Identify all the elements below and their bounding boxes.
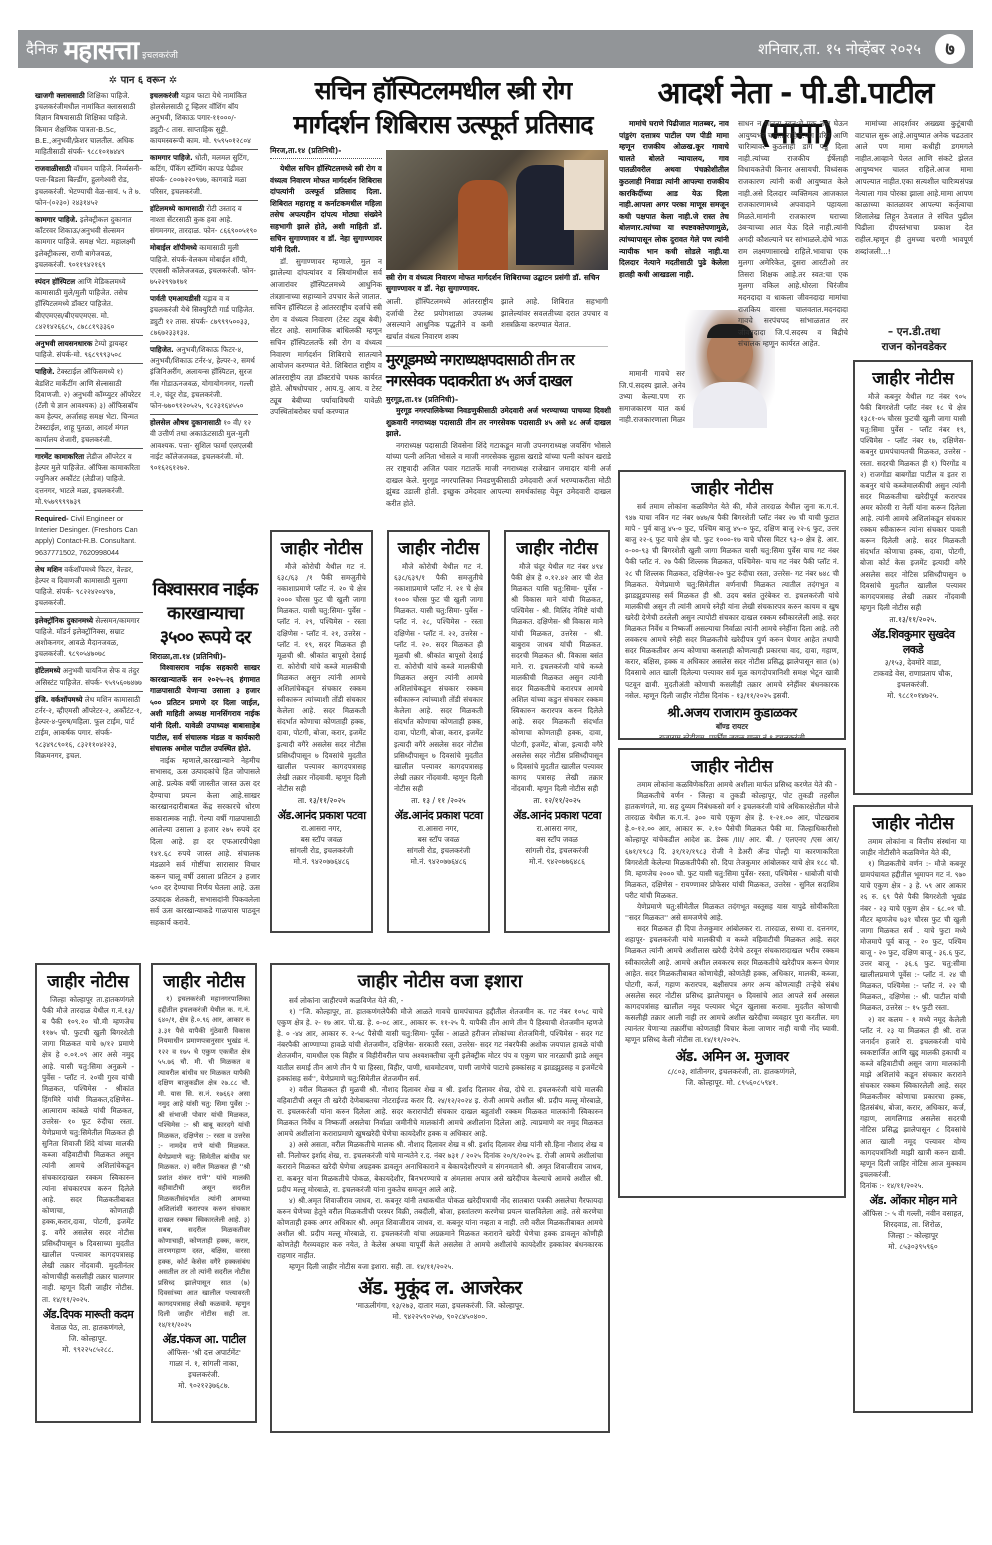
address-line: बस स्टॉप जवळ xyxy=(277,834,366,845)
classified-ad: कामगार पाहिजे. इलेक्ट्रीकल दुकानात कॉंटर… xyxy=(35,212,143,274)
notice-intro: तमाम लोकांना व वित्तीय संस्थांना या जाही… xyxy=(860,836,966,858)
notice-pankaj: जाहीर नोटीस १) इचलकरंजी महानगरपालिका हद्… xyxy=(151,963,257,1423)
classified-ad-lead: कामगार पाहिजे. xyxy=(35,215,78,224)
notice-signatory: ॲड. अमिन अ. मुजावर xyxy=(625,1047,839,1066)
classified-ad-lead: हॉटेलमध्ये कामासाठी xyxy=(150,204,204,213)
notice-text: सर्व तमाम लोकांना कळविणेत येते की, मौजे … xyxy=(625,501,839,701)
notice-mujawar: जाहीर नोटीस तमाम लोकांना कळविणेकरिता आमच… xyxy=(618,748,846,1198)
page-number: ७ xyxy=(935,34,965,64)
article-patil-col-1-bold: मामांचे घराणे पिढीजात मातब्बर, नाव पांडु… xyxy=(619,118,729,280)
headline-line-1: सचिन हॉस्पिटलमधील स्त्री रोग xyxy=(268,74,618,108)
notice-signatory: श्री.अजय राजाराम कुडाळकर xyxy=(625,703,839,721)
masthead-brand: महासत्ता xyxy=(64,31,138,67)
article-naik: विश्वासराव नाईक कारखान्याचा ३५०० रूपये द… xyxy=(150,578,260,929)
classified-ad: पाहिजे. टेक्स्टाईल ऑफिसमध्ये १) बेडशिट म… xyxy=(35,364,143,448)
classified-ad-lead: होलसेल औषध दुकानासाठी xyxy=(150,418,221,427)
article-sachin-dateline: मिरज,ता.१४ (प्रतिनिधी)- xyxy=(270,146,382,156)
notice-signatory: ॲड.आनंद प्रकाश पटवा xyxy=(511,808,603,823)
notice-title: जाहीर नोटीस xyxy=(394,536,483,559)
notice-text: जिल्हा कोल्हापूर ता.हातकणंगले पैकी मौजे … xyxy=(42,994,134,1305)
classified-ad: इंजि. वर्कशॉपमध्ये लेथ मशिन कामासाठी टर्… xyxy=(35,692,143,764)
portrait-shirt xyxy=(693,382,767,428)
classified-ad-text: लेथ मशिन कामासाठी टर्नर-२, व्हीएमसी ऑपरे… xyxy=(35,695,142,760)
address-line: रा.आसरा नगर, xyxy=(511,823,603,834)
classifieds-column-2: इचलकरंजी यड्राव फाटा येथे नामांकित होलसे… xyxy=(150,88,258,476)
article-patil-col-2: साधन न मानता स्वत:चे एक तत्व घेऊन आयुष्य… xyxy=(738,118,848,350)
photo-shrine xyxy=(564,160,604,230)
notice-para-2: २) वर कलम - १ मध्ये नमूद केलेली प्लॉट नं… xyxy=(860,1014,966,1180)
article-sachin-headline: सचिन हॉस्पिटलमधील स्त्री रोग मार्गदर्शन … xyxy=(268,74,618,142)
article-murgud-body: नगराध्यक्ष पदासाठी शिवसेना शिंदे गटाकडून… xyxy=(386,440,611,510)
classified-ad: लेथ मशिन वर्कशॉपमध्ये फिटर, वेल्डर, हेल्… xyxy=(35,562,143,613)
notice-role: बॉण्ड रायटर xyxy=(625,721,839,732)
address-line: बस स्टॉप जवळ xyxy=(394,834,483,845)
masthead-dainik: दैनिक xyxy=(26,39,58,59)
classified-ad-lead: इचलकरंजी xyxy=(150,91,179,100)
divider xyxy=(386,346,608,347)
article-sachin-body: डॉ. सुगाण्णावर म्हणाले, मुल न झालेल्या द… xyxy=(270,256,382,418)
article-sachin-text-a: आली. हॉस्पिटलमध्ये आंतरराष्ट्रीय दर्जाची… xyxy=(386,296,493,342)
address-line: 'माऊलीगंगा, १३/२७३, दातार मळा, इचलकरंजी.… xyxy=(277,1300,603,1311)
notice-text: १) इचलकरंजी महानगरपालिका हद्दीतील इचलकरं… xyxy=(158,994,250,1330)
address-line: रा.आसरा नगर, xyxy=(277,823,366,834)
address-line: राजाराम स्टेडीयम, पार्कींग जवळ गाळा नं.९… xyxy=(625,732,839,740)
classified-ad: खाजगी क्लाससाठी शिक्षिका पाहिजे. इचलकरंज… xyxy=(35,88,143,161)
article-sachin-continued: आली. हॉस्पिटलमध्ये आंतरराष्ट्रीय दर्जाची… xyxy=(386,296,608,342)
classified-ad: हॉटेलमध्ये अनुभवी चायनिज सेफ व तंदुर असि… xyxy=(35,663,143,691)
classified-ad-text: टेक्स्टाईल ऑफिसमध्ये १) बेडशिट मार्केटीं… xyxy=(35,367,141,443)
notice-title: जाहीर नोटीस xyxy=(277,536,366,559)
classified-ad: पाहिजेत. अनुभवी/शिकाऊ फिटर-४, अनुभवी/शिक… xyxy=(150,342,258,415)
address-line: इचलकरंजी. xyxy=(158,1369,250,1380)
notice-date: ता. १३ / ११ /२०२५ xyxy=(394,796,483,806)
address-line: ऑफिस- 'श्री दत्त अपार्टमेंट' xyxy=(158,1347,250,1358)
notice-lakde: जाहीर नोटीस मौजे कबनुर येथील गट नंबर ९०५… xyxy=(853,360,973,795)
notice-address: रा.आसरा नगर,बस स्टॉप जवळसांगली रोड, इचलक… xyxy=(394,823,483,867)
notice-para-1: १) ''जि. कोल्हापूर, ता. हातकणंगलेपैकी मौ… xyxy=(277,1006,603,1084)
article-patil-col-3: मामांच्या आदर्शावर अख्ख्या कुटूंबाची वाट… xyxy=(855,118,973,257)
address-line: मो.नं. ९४२०७७६४८६ xyxy=(394,856,483,867)
address-line: मो. ९८८१०१४७२५. xyxy=(860,690,966,701)
classified-ad: इचलकरंजी यड्राव फाटा येथे नामांकित होलसे… xyxy=(150,88,258,150)
article-naik-headline: विश्वासराव नाईक कारखान्याचा ३५०० रूपये द… xyxy=(150,578,260,650)
address-line: सांगली रोड, इचलकरंजी xyxy=(511,845,603,856)
notice-address: ऑफिस- 'श्री दत्त अपार्टमेंट'गाळा नं. १, … xyxy=(158,1347,250,1391)
address-line: ऑफिस :- ५ वी गल्ली, नवीन वसाहत, शिरदवाड,… xyxy=(860,1208,966,1230)
address-line: सांगली रोड, इचलकरंजी xyxy=(277,845,366,856)
notice-title: जाहीर नोटीस वजा इशारा xyxy=(277,969,603,993)
article-murgud-dateline: मुरगूड,ता.१४ (प्रतिनिधी)- xyxy=(386,395,611,405)
classified-ad-lead: गारमेंट कामाकरिता xyxy=(35,452,84,461)
notice-text: मौजे कोरोची येथील गट नं. ६३८/६३ /१ पैकी … xyxy=(277,561,366,794)
notice-para-3: ३) असे असता, वरील मिळकतीचे मालक श्री. नौ… xyxy=(277,1139,603,1194)
notice-title: जाहीर नोटीस xyxy=(860,811,966,834)
classified-ad: राजवाळीसाठी वॉचमन पाहिजे. निर्व्यसनी-पत्… xyxy=(35,161,143,212)
notice-address: ८/८०३, शांतीनगर, इचलकरंजी, ता. हातकणंगले… xyxy=(625,1066,839,1088)
notice-intro: सर्व लोकांना जाहीरपणे कळविणेत येते की, - xyxy=(277,995,603,1006)
article-sachin-body-col: मिरज,ता.१४ (प्रतिनिधी)- येथील सचिन हॉस्प… xyxy=(270,146,382,418)
signature-line-2: राजन कोनवडेकर xyxy=(855,340,973,355)
classified-ad: हॉटेलमध्ये कामासाठी रोटी उस्ताद व नाश्ता… xyxy=(150,201,258,241)
notice-patwa-3: जाहीर नोटीस मौजे चंदूर येथील गट नंबर ४९४… xyxy=(504,530,610,933)
classified-ad-lead: इंजि. वर्कशॉपमध्ये xyxy=(35,695,82,704)
address-line: जिल्हा :- कोल्हापूर xyxy=(860,1230,966,1241)
notice-para-2: येणेप्रमाणे चतु:सीमेतील मिळकत तदंगभूत वस… xyxy=(625,901,839,923)
classified-ad-text: अनुभवी/शिकाऊ फिटर-४, अनुभवी/शिकाऊ टर्नर-… xyxy=(150,345,255,410)
event-photo xyxy=(386,150,608,270)
classified-ad: इलेक्ट्रॉनिक दुकानमध्ये सेल्समन/कामगार प… xyxy=(35,613,143,664)
notice-title: जाहीर नोटीस xyxy=(625,476,839,499)
address-line: बस स्टॉप जवळ xyxy=(511,834,603,845)
classified-ad-lead: पार्वती एमआयडीसी xyxy=(150,294,201,303)
notice-patwa-1: जाहीर नोटीस मौजे कोरोची येथील गट नं. ६३८… xyxy=(270,530,373,933)
address-line: जि. कोल्हापूर. मो. ८९५६०८५९४१. xyxy=(625,1077,839,1088)
notice-title: जाहीर नोटीस xyxy=(42,969,134,992)
masthead-city: इचलकरंजी xyxy=(142,48,178,61)
notice-text: मौजे चंदूर येथील गट नंबर ४९४ पैकी क्षेत्… xyxy=(511,561,603,794)
masthead-bar: दैनिक महासत्ता इचलकरंजी शनिवार,ता. १५ नो… xyxy=(18,30,973,68)
address-line: इचलकरंजी. xyxy=(860,679,966,690)
notice-para-4: ४) श्री.अमृत शिवाजीराव जाधव, रा. कबनूर य… xyxy=(277,1195,603,1262)
classified-ad: मोबाईल शॉपीमध्ये कामासाठी मुली पाहिजे. स… xyxy=(150,240,258,291)
address-line: मो.नं. ९४२०७७६४८६ xyxy=(511,856,603,867)
address-line: सांगली रोड, इचलकरंजी xyxy=(394,845,483,856)
address-line: मो. ८५३०३९५९६० xyxy=(860,1241,966,1252)
classified-ad: गारमेंट कामाकरिता लेडीज ऑपरेटर व हेल्पर … xyxy=(35,449,143,511)
notice-date: ता. १३/११/२०२५ xyxy=(277,796,366,806)
address-line: रा.आसरा नगर, xyxy=(394,823,483,834)
classified-ad-lead: खाजगी क्लाससाठी xyxy=(35,91,85,100)
notice-address: रा.आसरा नगर,बस स्टॉप जवळसांगली रोड, इचलक… xyxy=(277,823,366,867)
notice-address: रा.आसरा नगर,बस स्टॉप जवळसांगली रोड, इचलक… xyxy=(511,823,603,867)
notice-kadam: जाहीर नोटीस जिल्हा कोल्हापूर ता.हातकणंगल… xyxy=(35,963,141,1423)
classified-ad-lead: राजवाळीसाठी xyxy=(35,164,71,173)
issue-date: शनिवार,ता. १५ नोव्हेंबर २०२५ xyxy=(758,39,921,59)
headline-line-2: नगरसेवक पदाकरीता ४५ अर्ज दाखल xyxy=(386,371,611,392)
headline-line-1: मुरगूडमध्ये नगराध्यक्षपदासाठी तीन तर xyxy=(386,350,611,371)
notice-title: जाहीर नोटीस xyxy=(511,536,603,559)
notice-date: ता.१३/११/२०२५. xyxy=(860,615,966,625)
notice-intro: तमाम लोकांना कळविणेकरिता आमचे अशीला मार्… xyxy=(625,779,839,790)
address-line: ८/८०३, शांतीनगर, इचलकरंजी, ता. हातकणंगले… xyxy=(625,1066,839,1077)
notice-signatory: ॲड.शिवकुमार सुखदेव लकडे xyxy=(860,627,966,657)
notice-mane: जाहीर नोटीस तमाम लोकांना व वित्तीय संस्थ… xyxy=(853,805,973,1413)
notice-closing: म्हणून दिली जाहीर नोटीस वजा इशारा. सही. … xyxy=(277,1261,603,1272)
article-naik-lead: विश्वासराव नाईक सहकारी साखर कारखान्यातर्… xyxy=(150,662,260,755)
notice-address: ३/१५३, देवमोरे वाडा,टाकवडे वेस, राणाप्रत… xyxy=(860,657,966,701)
address-line: टाकवडे वेस, राणाप्रताप चौक, xyxy=(860,668,966,679)
notice-address: वेताळ पेठ, ता. हातकणंगले,जि. कोल्हापूर.म… xyxy=(42,1322,134,1355)
photo-figure-woman xyxy=(458,180,508,270)
notice-signatory: ॲड.आनंद प्रकाश पटवा xyxy=(277,808,366,823)
photo-caption: स्त्री रोग व वंध्यत्व निवारण मोफत मार्गद… xyxy=(386,272,608,294)
classified-ad-lead: लेथ मशिन xyxy=(35,565,62,574)
classified-ad-lead: पाहिजे. xyxy=(35,367,55,376)
address-line: मो. ९९२२५८५२८८. xyxy=(42,1344,134,1355)
address-line: गाळा नं. १, सांगली नाका, xyxy=(158,1358,250,1369)
classifieds-column-1: खाजगी क्लाससाठी शिक्षिका पाहिजे. इचलकरंज… xyxy=(35,88,143,764)
classified-ad-lead: अनुभवी लायसनधारक xyxy=(35,339,92,348)
address-line: वेताळ पेठ, ता. हातकणंगले, xyxy=(42,1322,134,1333)
notice-signatory: ॲड.दिपक मारूती कदम xyxy=(42,1307,134,1322)
article-naik-body: नाईक म्हणाले,कारखान्याने नेहमीच सभासद, ऊ… xyxy=(150,755,260,929)
article-patil-signature: – एन.डी.तथा राजन कोनवडेकर xyxy=(855,325,973,355)
notice-kudalkar: जाहीर नोटीस सर्व तमाम लोकांना कळविणेत ये… xyxy=(618,470,846,740)
notice-title: जाहीर नोटीस xyxy=(860,366,966,389)
classified-ad-text: शिक्षिका पाहिजे. इचलकरंजीमधील नामांकित क… xyxy=(35,91,135,156)
classified-ad-lead: Required- xyxy=(35,514,69,523)
classified-ad-lead: हॉटेलमध्ये xyxy=(35,666,60,675)
continued-label: ✲ पान ६ वरून ✲ xyxy=(18,72,268,86)
address-line: मो.नं. ९४२०७७६४८६ xyxy=(277,856,366,867)
notice-para-2: २) वरील मिळकत ही मुळची श्री. नौशाद दिलाव… xyxy=(277,1084,603,1139)
classified-ad-lead: पाहिजेत. xyxy=(150,345,174,354)
classified-ad: कामगार पाहिजे. धोती, मलमल सुटिंग, कटिंग,… xyxy=(150,150,258,201)
article-sachin-text-b: झाले आहे. शिबिरात सहभागी झालेल्यांवर सवल… xyxy=(501,296,608,342)
address-line: जि. कोल्हापूर. xyxy=(42,1333,134,1344)
notice-patwa-2: जाहीर नोटीस मौजे कोरोची येथील गट नं. ६३८… xyxy=(387,530,490,933)
notice-address: ऑफिस :- ५ वी गल्ली, नवीन वसाहत, शिरदवाड,… xyxy=(860,1208,966,1252)
classified-ad-lead: इलेक्ट्रॉनिक दुकानमध्ये xyxy=(35,616,93,625)
classified-ad: Required- Civil Engineer or Interier Des… xyxy=(35,511,143,562)
classified-ad-lead: कामगार पाहिजे. xyxy=(150,153,193,162)
notice-signatory: ॲड. ओंकार मोहन माने xyxy=(860,1193,966,1208)
classified-ad: स्पंदन हॉस्पिटल आणि मेडिकलमध्ये कामासाठी… xyxy=(35,274,143,336)
article-naik-dateline: शिराळा,ता.१४ (प्रतिनिधी)- xyxy=(150,652,260,662)
address-line: मो. ९०२१२३७६८७. xyxy=(158,1380,250,1391)
article-murgud-lead: मुरगूड नगरपालिकेच्या निवडणुकीसाठी उमेदवा… xyxy=(386,405,611,440)
classified-ad-lead: स्पंदन हॉस्पिटल xyxy=(35,277,75,286)
notice-text: मौजे कबनुर येथील गट नंबर ९०५ पैकी बिगरशे… xyxy=(860,391,966,613)
notice-signatory: ॲड.पंकज आ. पाटील xyxy=(158,1332,250,1347)
notice-title: जाहीर नोटीस xyxy=(158,969,250,992)
address-line: मो. ९४२२५९०२५७, ९०२८४५०४००. xyxy=(277,1311,603,1322)
notice-address: राजाराम स्टेडीयम, पार्कींग जवळ गाळा नं.९… xyxy=(625,732,839,740)
notice-date: दिनांक :- १४/११/२०२५. xyxy=(860,1180,966,1191)
classified-ad: होलसेल औषध दुकानासाठी १० वी/ १२ वी उत्ती… xyxy=(150,415,258,476)
notice-signatory: ॲड.आनंद प्रकाश पटवा xyxy=(394,808,483,823)
article-murgud-body-col: मुरगूड,ता.१४ (प्रतिनिधी)- मुरगूड नगरपालि… xyxy=(386,395,611,509)
classified-ad: अनुभवी लायसनधारक टेम्पो ड्रायव्हर पाहिजे… xyxy=(35,336,143,364)
notice-signatory: ॲड. मुकूंद ल. आजरेकर xyxy=(277,1274,603,1300)
notice-text: मौजे कोरोची येथील गट नं. ६३८/६३९/१ पैकी … xyxy=(394,561,483,794)
notice-para-3: सदर मिळकत ही दिपा तेजकुमार आंबोलकर रा. त… xyxy=(625,923,839,1045)
notice-ishara: जाहीर नोटीस वजा इशारा सर्व लोकांना जाहीर… xyxy=(270,963,610,1433)
article-sachin-lead: येथील सचिन हॉस्पिटलमध्ये स्त्री रोग व वं… xyxy=(270,163,382,256)
headline-line-2: मार्गदर्शन शिबिरास उत्स्फूर्त प्रतिसाद xyxy=(268,108,618,142)
notice-address: 'माऊलीगंगा, १३/२७३, दातार मळा, इचलकरंजी.… xyxy=(277,1300,603,1322)
classified-ad-lead: मोबाईल शॉपीमध्ये xyxy=(150,243,197,252)
address-line: ३/१५३, देवमोरे वाडा, xyxy=(860,657,966,668)
classified-ad: पार्वती एमआयडीसी यड्राव व व इचलकरंजी येथ… xyxy=(150,291,258,342)
notice-title: जाहीर नोटीस xyxy=(625,754,839,777)
signature-line-1: – एन.डी.तथा xyxy=(855,325,973,340)
notice-para-1: मिळकतीचे वर्णन - जिल्हा व तुकडी कोल्हापू… xyxy=(625,790,839,901)
notice-date: ता. १२/११/२०२५ xyxy=(511,796,603,806)
notice-para-1: १) मिळकतीचे वर्णन :- मौजे कबनूर ग्रामपंच… xyxy=(860,858,966,1013)
article-murgud-headline: मुरगूडमध्ये नगराध्यक्षपदासाठी तीन तर नगर… xyxy=(386,350,611,392)
